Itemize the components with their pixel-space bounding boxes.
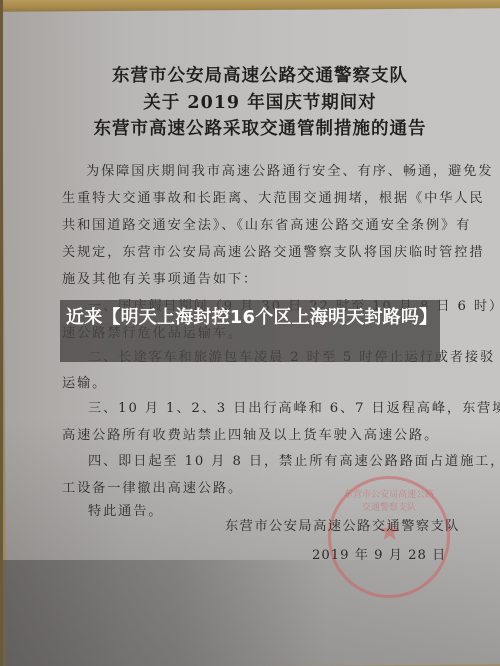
body-line: 关规定，东营市公安局高速公路交通警察支队将国庆临时管控措 <box>62 241 484 260</box>
desk-edge <box>0 0 3 666</box>
document-title-line-2: 关于 2019 年国庆节期间对 <box>60 89 460 114</box>
body-line: 施及其他有关事项通告如下： <box>62 268 258 287</box>
document-title-line-3: 东营市高速公路采取交通管制措施的通告 <box>60 115 460 140</box>
headline-text: 近来【明天上海封控16个区上海明天封路吗】 <box>66 307 437 328</box>
body-line: 共和国道路交通安全法》、《山东省高速公路交通安全条例》有 <box>62 214 471 233</box>
body-line: 为保障国庆期间我市高速公路通行安全、有序、畅通，避免发 <box>86 160 493 179</box>
body-line: 四、即日起至 10 月 8 日，禁止所有高速公路路面占道施工，施 <box>88 450 500 469</box>
signature: 东营市公安局高速公路交通警察支队 <box>225 515 460 534</box>
body-line: 特此通告。 <box>88 500 163 519</box>
headline-banner: 近来【明天上海封控16个区上海明天封路吗】 <box>60 300 440 362</box>
body-line: 三、10 月 1、2、3 日出行高峰和 6、7 日返程高峰，东营境内 <box>88 397 500 416</box>
document-title-line-1: 东营市公安局高速公路交通警察支队 <box>60 62 460 87</box>
body-line: 运输。 <box>62 372 107 391</box>
body-line: 生重特大交通事故和长距离、大范围交通拥堵，根据《中华人民 <box>62 187 484 206</box>
official-seal: 东营市公安局高速公路交通警察支队 ★ <box>328 476 450 598</box>
document-date: 2019 年 9 月 28 日 <box>312 544 446 563</box>
body-line: 工设备一律撤出高速公路。 <box>62 477 243 496</box>
body-line: 高速公路所有收费站禁止四轴及以上货车驶入高速公路。 <box>62 424 439 443</box>
seal-text: 东营市公安局高速公路交通警察支队 <box>341 487 437 513</box>
